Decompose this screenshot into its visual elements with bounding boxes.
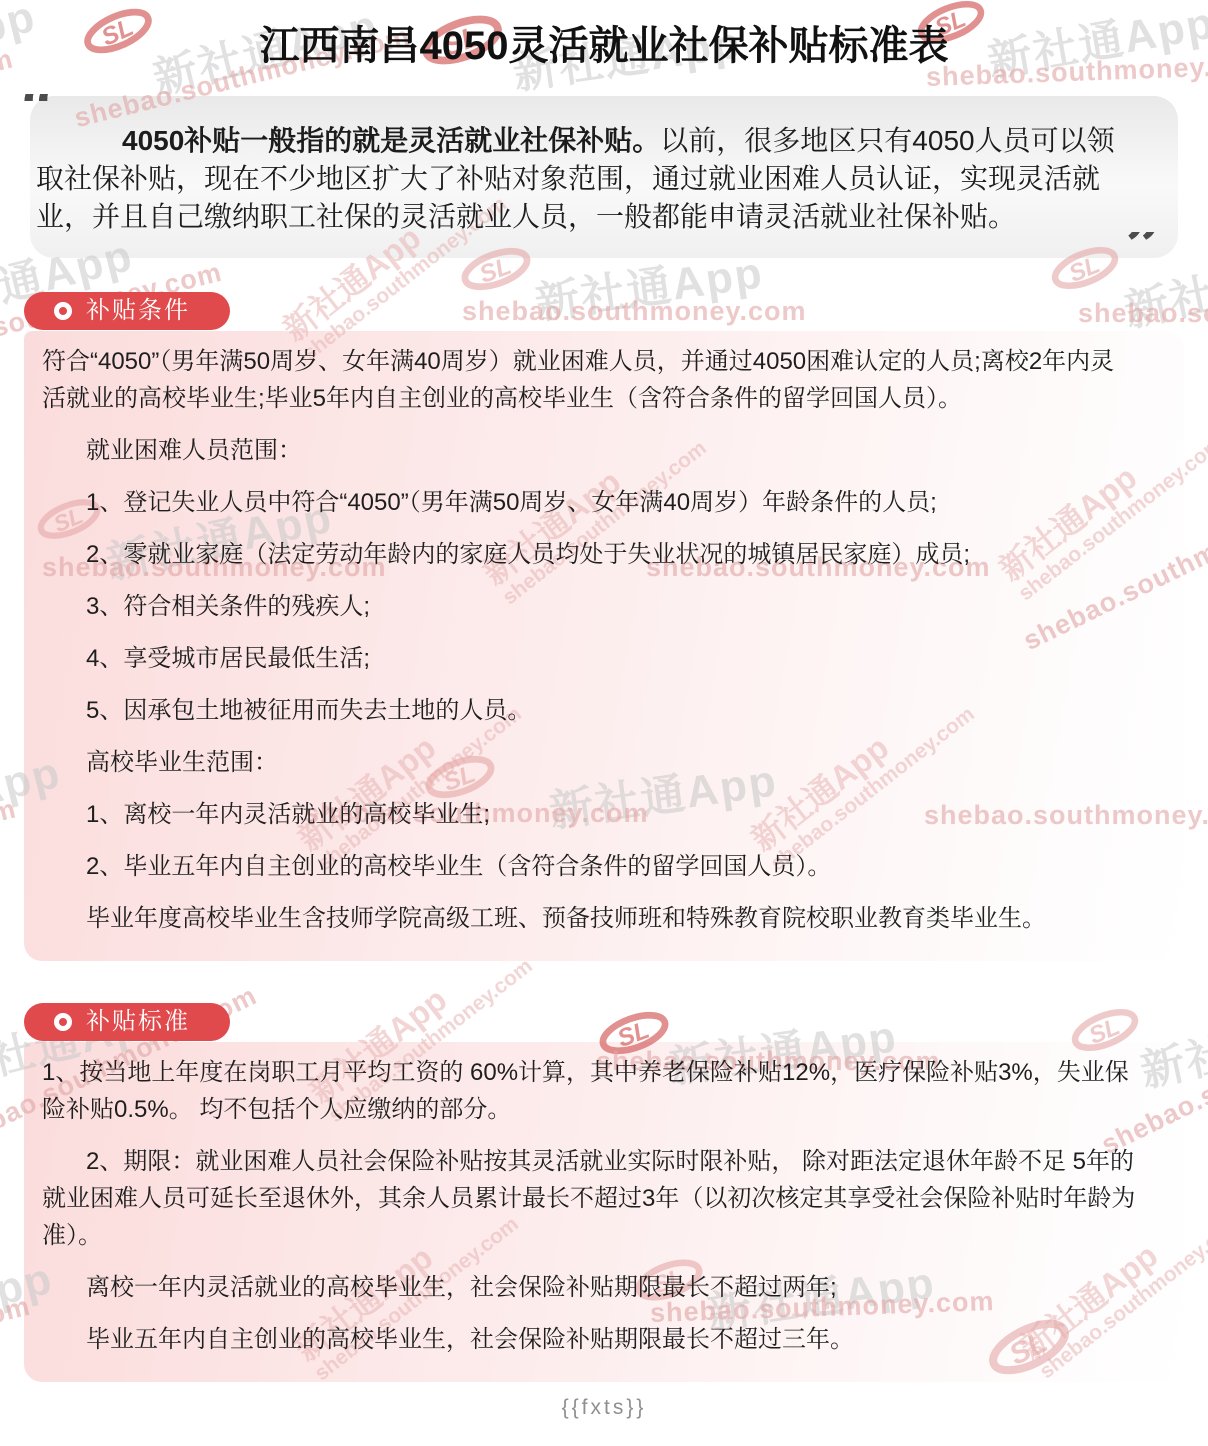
circle-icon (54, 1013, 72, 1031)
paragraph: 离校一年内灵活就业的高校毕业生，社会保险补贴期限最长不超过两年; (42, 1269, 1138, 1306)
list-item: 5、因承包土地被征用而失去土地的人员。 (42, 692, 1138, 729)
sub-heading: 高校毕业生范围： (42, 744, 1138, 781)
paragraph: 2、期限：就业困难人员社会保险补贴按其灵活就业实际时限补贴， 除对距法定退休年龄… (42, 1143, 1138, 1254)
watermark-fragment: com (0, 793, 19, 837)
paragraph: 1、按当地上年度在岗职工月平均工资的 60%计算，其中养老保险补贴12%，医疗保… (42, 1054, 1138, 1128)
paragraph: 符合“4050”（男年满50周岁、女年满40周岁）就业困难人员，并通过4050困… (42, 343, 1138, 417)
section-subsidy-standard: 补贴标准 1、按当地上年度在岗职工月平均工资的 60%计算，其中养老保险补贴12… (24, 1003, 1184, 1382)
intro-lead: 4050补贴一般指的就是灵活就业社保补贴。 (122, 125, 660, 156)
list-item: 4、享受城市居民最低生活; (42, 640, 1138, 677)
sub-heading: 就业困难人员范围： (42, 432, 1138, 469)
intro-quote-box: “ 4050补贴一般指的就是灵活就业社保补贴。以前，很多地区只有4050人员可以… (30, 96, 1178, 258)
paragraph: 毕业年度高校毕业生含技师学院高级工班、预备技师班和特殊教育院校职业教育类毕业生。 (42, 900, 1138, 937)
section-content-box: 1、按当地上年度在岗职工月平均工资的 60%计算，其中养老保险补贴12%，医疗保… (24, 1042, 1184, 1382)
circle-icon (54, 302, 72, 320)
page: App com SL 新社通App shebao.southmoney.com … (0, 0, 1208, 1446)
intro-text: 4050补贴一般指的就是灵活就业社保补贴。以前，很多地区只有4050人员可以领取… (36, 122, 1128, 236)
section-content-box: 符合“4050”（男年满50周岁、女年满40周岁）就业困难人员，并通过4050困… (24, 331, 1184, 961)
paragraph: 毕业五年内自主创业的高校毕业生，社会保险补贴期限最长不超过三年。 (42, 1321, 1138, 1358)
section-badge-label: 补贴标准 (86, 1003, 190, 1041)
section-badge-label: 补贴条件 (86, 292, 190, 330)
section-badge: 补贴标准 (24, 1003, 230, 1041)
page-title: 江西南昌4050灵活就业社保补贴标准表 (0, 22, 1208, 70)
list-item: 2、零就业家庭（法定劳动年龄内的家庭人员均处于失业状况的城镇居民家庭）成员; (42, 536, 1138, 573)
list-item: 1、离校一年内灵活就业的高校毕业生; (42, 796, 1138, 833)
section-subsidy-conditions: 补贴条件 符合“4050”（男年满50周岁、女年满40周岁）就业困难人员，并通过… (24, 292, 1184, 961)
footer-placeholder: {{fxts}} (0, 1396, 1208, 1420)
open-quote-icon: “ (20, 94, 57, 124)
svg-text:SL: SL (476, 253, 515, 289)
list-item: 1、登记失业人员中符合“4050”（男年满50周岁、女年满40周岁）年龄条件的人… (42, 484, 1138, 521)
list-item: 2、毕业五年内自主创业的高校毕业生（含符合条件的留学回国人员）。 (42, 848, 1138, 885)
intro-quote-section: “ 4050补贴一般指的就是灵活就业社保补贴。以前，很多地区只有4050人员可以… (30, 96, 1178, 258)
section-badge: 补贴条件 (24, 292, 230, 330)
close-quote-icon: ” (1125, 232, 1162, 262)
list-item: 3、符合相关条件的残疾人; (42, 588, 1138, 625)
